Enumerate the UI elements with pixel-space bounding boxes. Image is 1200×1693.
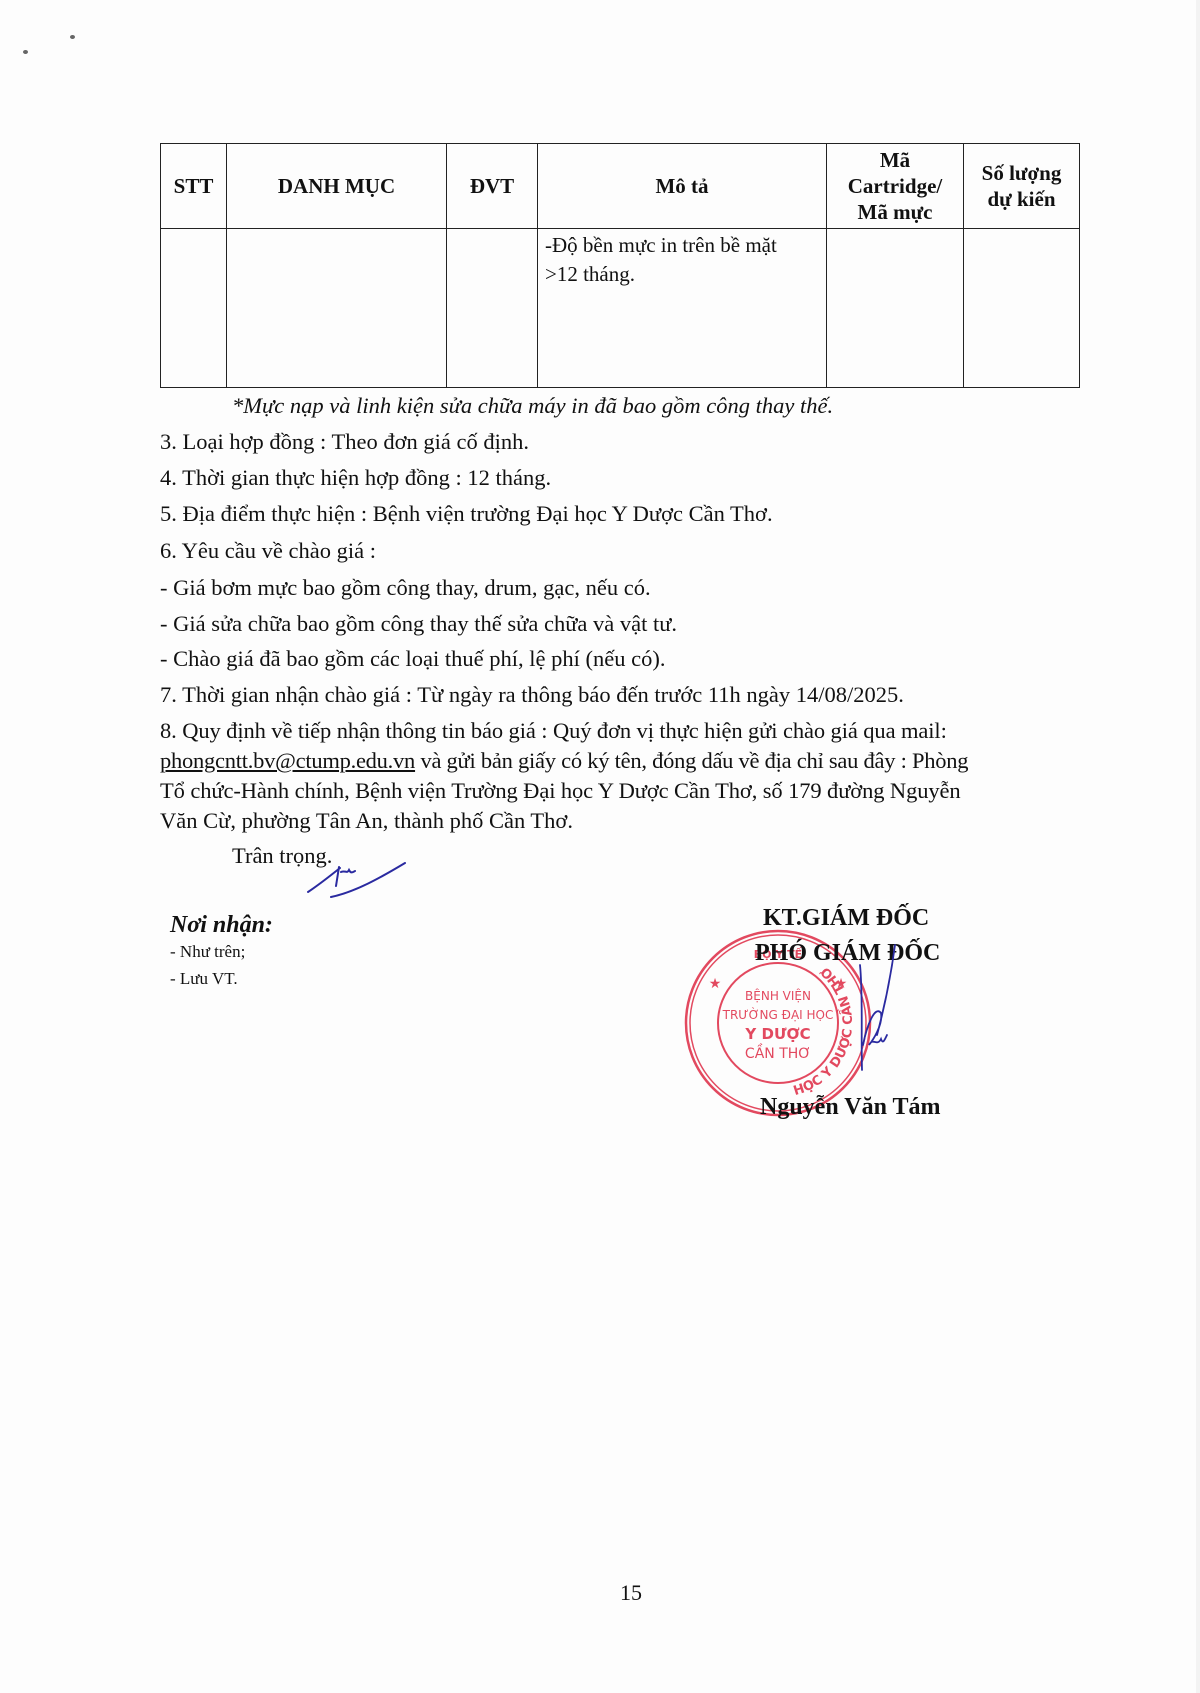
col-header-stt: STT: [161, 144, 227, 229]
desc-line: -Độ bền mực in trên bề mặt: [545, 231, 820, 260]
col-header-dvt: ĐVT: [447, 144, 538, 229]
desc-line: >12 tháng.: [545, 260, 820, 289]
signature-title-line1: KT.GIÁM ĐỐC: [763, 905, 929, 932]
quote-requirement-bullet: - Giá sửa chữa bao gồm công thay thế sửa…: [160, 611, 677, 637]
cell-ma-cartridge: [827, 229, 964, 388]
item-submission-rules: 8. Quy định về tiếp nhận thông tin báo g…: [160, 718, 947, 744]
svg-text:CẦN THƠ: CẦN THƠ: [745, 1043, 811, 1062]
handwritten-signature-icon: [855, 935, 915, 1075]
item-contract-duration: 4. Thời gian thực hiện hợp đồng : 12 thá…: [160, 465, 551, 491]
table-header-row: STT DANH MỤC ĐVT Mô tả Mã Cartridge/ Mã …: [161, 144, 1080, 229]
cell-stt: [161, 229, 227, 388]
svg-text:★: ★: [835, 976, 848, 992]
cell-dvt: [447, 229, 538, 388]
recipient-item: - Như trên;: [170, 942, 245, 962]
submission-text: và gửi bản giấy có ký tên, đóng dấu về đ…: [415, 748, 968, 773]
header-line: Số lượng: [964, 160, 1079, 186]
table-note: *Mực nạp và linh kiện sửa chữa máy in đã…: [232, 393, 833, 419]
quote-requirement-bullet: - Giá bơm mực bao gồm công thay, drum, g…: [160, 575, 651, 601]
item-submission-line2: phongcntt.bv@ctump.edu.vn và gửi bản giấ…: [160, 748, 968, 774]
header-line: Cartridge/: [827, 173, 963, 199]
header-line: Mã mực: [827, 199, 963, 225]
header-line: Mã: [827, 147, 963, 173]
signer-name: Nguyễn Văn Tám: [760, 1094, 941, 1121]
col-header-so-luong: Số lượng dự kiến: [964, 144, 1080, 229]
cell-so-luong: [964, 229, 1080, 388]
table-row: -Độ bền mực in trên bề mặt >12 tháng.: [161, 229, 1080, 388]
svg-text:★: ★: [709, 976, 722, 992]
cell-mo-ta: -Độ bền mực in trên bề mặt >12 tháng.: [538, 229, 827, 388]
svg-text:BỆNH VIỆN: BỆNH VIỆN: [745, 988, 811, 1003]
item-submission-line4: Văn Cừ, phường Tân An, thành phố Cần Thơ…: [160, 808, 573, 834]
col-header-danh-muc: DANH MỤC: [227, 144, 447, 229]
recipients-title: Nơi nhận:: [170, 912, 273, 938]
scan-speck: [70, 35, 75, 39]
scan-speck: [23, 50, 28, 54]
cell-danh-muc: [227, 229, 447, 388]
page-number: 15: [620, 1580, 642, 1606]
header-line: dự kiến: [964, 186, 1079, 212]
svg-text:Y DƯỢC: Y DƯỢC: [744, 1025, 810, 1043]
quote-requirement-bullet: - Chào giá đã bao gồm các loại thuế phí,…: [160, 646, 665, 672]
items-table: STT DANH MỤC ĐVT Mô tả Mã Cartridge/ Mã …: [160, 143, 1080, 388]
svg-text:TRƯỜNG ĐẠI HỌC: TRƯỜNG ĐẠI HỌC: [722, 1007, 834, 1022]
initial-signature-icon: [305, 858, 415, 908]
item-quote-deadline: 7. Thời gian nhận chào giá : Từ ngày ra …: [160, 682, 904, 708]
item-submission-line3: Tổ chức-Hành chính, Bệnh viện Trường Đại…: [160, 778, 961, 804]
document-page: STT DANH MỤC ĐVT Mô tả Mã Cartridge/ Mã …: [0, 0, 1196, 1693]
item-quote-requirements: 6. Yêu cầu về chào giá :: [160, 538, 376, 564]
col-header-ma-cartridge: Mã Cartridge/ Mã mực: [827, 144, 964, 229]
col-header-mo-ta: Mô tả: [538, 144, 827, 229]
email-link[interactable]: phongcntt.bv@ctump.edu.vn: [160, 748, 415, 773]
item-location: 5. Địa điểm thực hiện : Bệnh viện trường…: [160, 501, 773, 527]
item-contract-type: 3. Loại hợp đồng : Theo đơn giá cố định.: [160, 429, 529, 455]
recipient-item: - Lưu VT.: [170, 969, 238, 989]
